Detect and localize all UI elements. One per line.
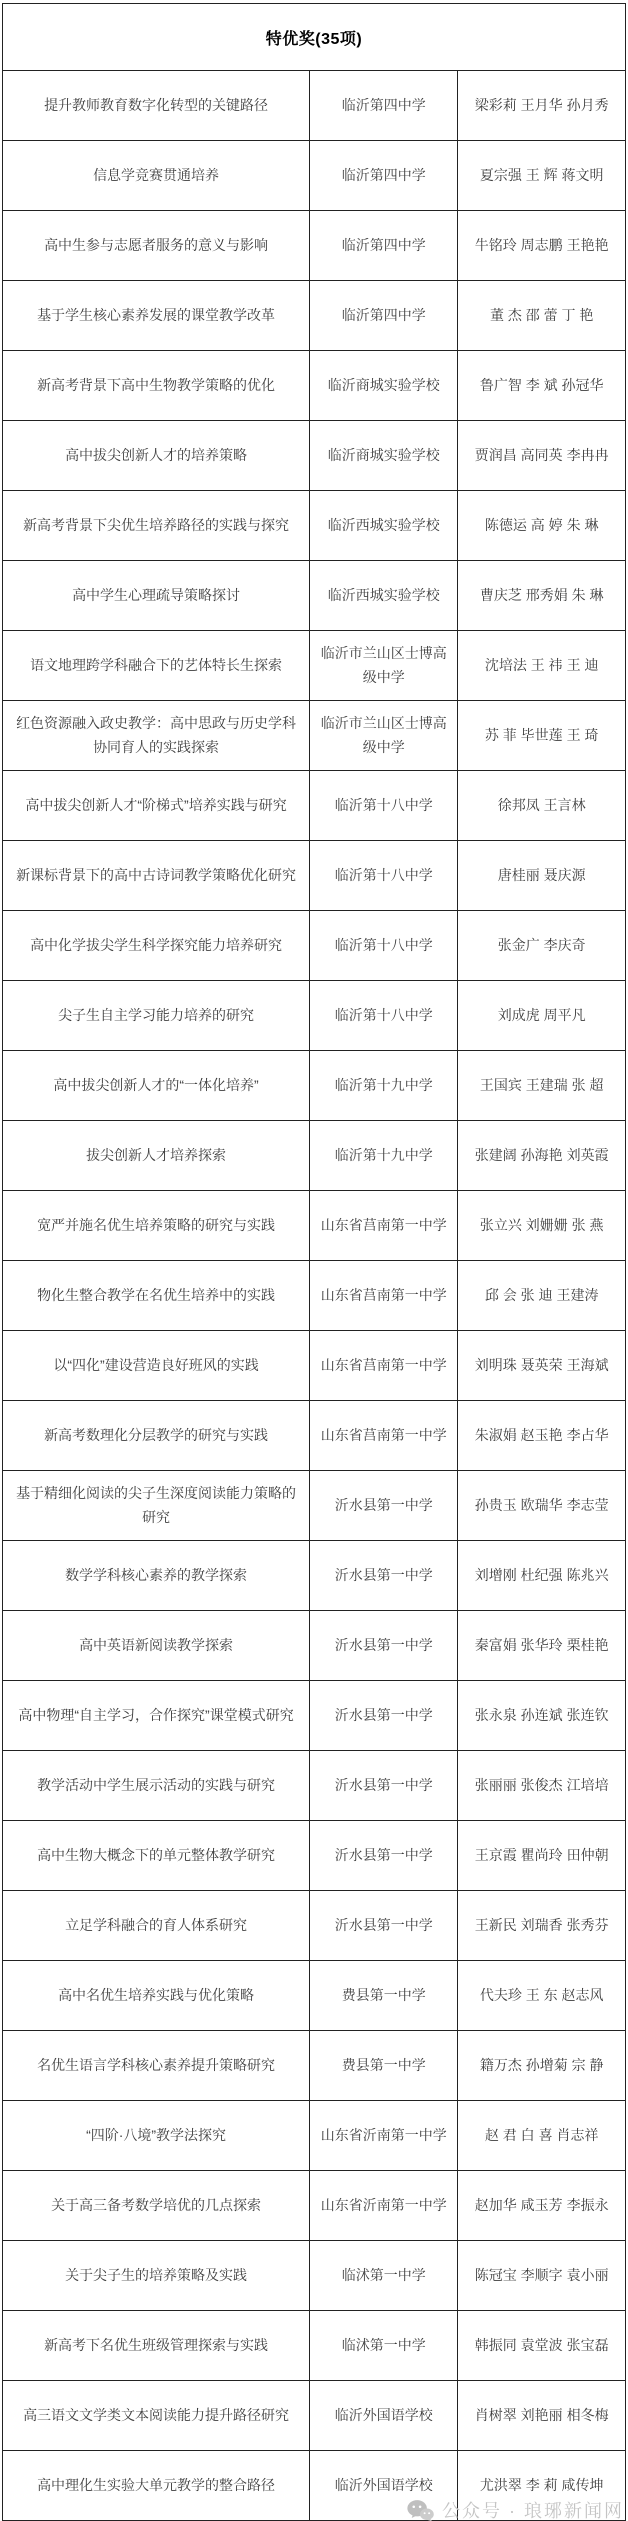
school-cell: 临沂第十八中学 <box>310 841 458 911</box>
names-cell: 韩振同 袁堂波 张宝磊 <box>458 2311 626 2381</box>
school-cell: 临沂第四中学 <box>310 281 458 351</box>
table-row: 高中名优生培养实践与优化策略 费县第一中学 代夫珍 王 东 赵志风 <box>3 1961 626 2031</box>
project-cell: 高中理化生实验大单元教学的整合路径 <box>3 2451 310 2521</box>
names-cell: 陈德运 高 婷 朱 琳 <box>458 491 626 561</box>
table-title: 特优奖(35项) <box>3 4 626 71</box>
names-cell: 鲁广智 李 斌 孙冠华 <box>458 351 626 421</box>
table-row: 宽严并施名优生培养策略的研究与实践 山东省莒南第一中学 张立兴 刘姗姗 张 燕 <box>3 1191 626 1261</box>
project-cell: 高中学生心理疏导策略探讨 <box>3 561 310 631</box>
school-cell: 临沂第四中学 <box>310 141 458 211</box>
table-row: 拔尖创新人才培养探索 临沂第十九中学 张建阔 孙海艳 刘英霞 <box>3 1121 626 1191</box>
school-cell: 临沂市兰山区士博高级中学 <box>310 701 458 771</box>
names-cell: 苏 菲 毕世莲 王 琦 <box>458 701 626 771</box>
school-cell: 山东省莒南第一中学 <box>310 1261 458 1331</box>
table-row: 高中拔尖创新人才“阶梯式”培养实践与研究 临沂第十八中学 徐邦凤 王言林 <box>3 771 626 841</box>
project-cell: 新高考背景下尖优生培养路径的实践与探究 <box>3 491 310 561</box>
school-cell: 山东省莒南第一中学 <box>310 1401 458 1471</box>
school-cell: 临沂外国语学校 <box>310 2451 458 2521</box>
project-cell: 新课标背景下的高中古诗词教学策略优化研究 <box>3 841 310 911</box>
project-cell: 高中物理“自主学习，合作探究”课堂模式研究 <box>3 1681 310 1751</box>
names-cell: 贾润昌 高同英 李冉冉 <box>458 421 626 491</box>
project-cell: 提升教师教育数字化转型的关键路径 <box>3 71 310 141</box>
table-body: 提升教师教育数字化转型的关键路径 临沂第四中学 梁彩莉 王月华 孙月秀 信息学竞… <box>3 71 626 2521</box>
school-cell: 临沂西城实验学校 <box>310 491 458 561</box>
names-cell: 张丽丽 张俊杰 江培培 <box>458 1751 626 1821</box>
table-row: 关于尖子生的培养策略及实践 临沭第一中学 陈冠宝 李顺字 袁小丽 <box>3 2241 626 2311</box>
table-row: 高中拔尖创新人才的“一体化培养” 临沂第十九中学 王国宾 王建瑞 张 超 <box>3 1051 626 1121</box>
names-cell: 王新民 刘瑞香 张秀芬 <box>458 1891 626 1961</box>
names-cell: 刘增刚 杜纪强 陈兆兴 <box>458 1541 626 1611</box>
project-cell: 高中化学拔尖学生科学探究能力培养研究 <box>3 911 310 981</box>
table-row: 高中物理“自主学习，合作探究”课堂模式研究 沂水县第一中学 张永泉 孙连斌 张连… <box>3 1681 626 1751</box>
school-cell: 临沂西城实验学校 <box>310 561 458 631</box>
school-cell: 临沂第十八中学 <box>310 771 458 841</box>
project-cell: 宽严并施名优生培养策略的研究与实践 <box>3 1191 310 1261</box>
names-cell: 刘成虎 周平凡 <box>458 981 626 1051</box>
project-cell: 新高考下名优生班级管理探索与实践 <box>3 2311 310 2381</box>
table-row: 信息学竞赛贯通培养 临沂第四中学 夏宗强 王 辉 蒋文明 <box>3 141 626 211</box>
names-cell: 王国宾 王建瑞 张 超 <box>458 1051 626 1121</box>
project-cell: 以“四化”建设营造良好班风的实践 <box>3 1331 310 1401</box>
names-cell: 张立兴 刘姗姗 张 燕 <box>458 1191 626 1261</box>
table-title-row: 特优奖(35项) <box>3 4 626 71</box>
names-cell: 陈冠宝 李顺字 袁小丽 <box>458 2241 626 2311</box>
table-row: 关于高三备考数学培优的几点探索 山东省沂南第一中学 赵加华 咸玉芳 李振永 <box>3 2171 626 2241</box>
table-row: 新高考背景下尖优生培养路径的实践与探究 临沂西城实验学校 陈德运 高 婷 朱 琳 <box>3 491 626 561</box>
project-cell: 高中拔尖创新人才“阶梯式”培养实践与研究 <box>3 771 310 841</box>
project-cell: 信息学竞赛贯通培养 <box>3 141 310 211</box>
names-cell: 董 杰 邵 蕾 丁 艳 <box>458 281 626 351</box>
school-cell: 临沭第一中学 <box>310 2241 458 2311</box>
project-cell: 高三语文文学类文本阅读能力提升路径研究 <box>3 2381 310 2451</box>
names-cell: 朱淑娟 赵玉艳 李占华 <box>458 1401 626 1471</box>
names-cell: 肖树翠 刘艳丽 相冬梅 <box>458 2381 626 2451</box>
table-row: 新高考数理化分层教学的研究与实践 山东省莒南第一中学 朱淑娟 赵玉艳 李占华 <box>3 1401 626 1471</box>
names-cell: 刘明珠 聂英荣 王海斌 <box>458 1331 626 1401</box>
names-cell: 赵加华 咸玉芳 李振永 <box>458 2171 626 2241</box>
project-cell: 语文地理跨学科融合下的艺体特长生探索 <box>3 631 310 701</box>
project-cell: 名优生语言学科核心素养提升策略研究 <box>3 2031 310 2101</box>
table-row: 新高考背景下高中生物教学策略的优化 临沂商城实验学校 鲁广智 李 斌 孙冠华 <box>3 351 626 421</box>
project-cell: 高中拔尖创新人才的培养策略 <box>3 421 310 491</box>
school-cell: 沂水县第一中学 <box>310 1751 458 1821</box>
table-row: 高中化学拔尖学生科学探究能力培养研究 临沂第十八中学 张金广 李庆奇 <box>3 911 626 981</box>
names-cell: 孙贵玉 欧瑞华 李志莹 <box>458 1471 626 1541</box>
project-cell: 物化生整合教学在名优生培养中的实践 <box>3 1261 310 1331</box>
school-cell: 山东省沂南第一中学 <box>310 2171 458 2241</box>
table-row: 基于学生核心素养发展的课堂教学改革 临沂第四中学 董 杰 邵 蕾 丁 艳 <box>3 281 626 351</box>
school-cell: 临沂第十九中学 <box>310 1121 458 1191</box>
project-cell: 高中名优生培养实践与优化策略 <box>3 1961 310 2031</box>
table-row: 名优生语言学科核心素养提升策略研究 费县第一中学 籍万杰 孙增菊 宗 静 <box>3 2031 626 2101</box>
school-cell: 山东省沂南第一中学 <box>310 2101 458 2171</box>
project-cell: 高中英语新阅读教学探索 <box>3 1611 310 1681</box>
school-cell: 临沂第十八中学 <box>310 981 458 1051</box>
names-cell: 曹庆芝 邢秀娟 朱 琳 <box>458 561 626 631</box>
award-table: 特优奖(35项) 提升教师教育数字化转型的关键路径 临沂第四中学 梁彩莉 王月华… <box>2 3 626 2521</box>
project-cell: 新高考数理化分层教学的研究与实践 <box>3 1401 310 1471</box>
table-row: 红色资源融入政史教学：高中思政与历史学科协同育人的实践探索 临沂市兰山区士博高级… <box>3 701 626 771</box>
table-row: 物化生整合教学在名优生培养中的实践 山东省莒南第一中学 邱 会 张 迪 王建涛 <box>3 1261 626 1331</box>
project-cell: 关于尖子生的培养策略及实践 <box>3 2241 310 2311</box>
project-cell: 高中生参与志愿者服务的意义与影响 <box>3 211 310 281</box>
school-cell: 临沂第四中学 <box>310 211 458 281</box>
table-row: 尖子生自主学习能力培养的研究 临沂第十八中学 刘成虎 周平凡 <box>3 981 626 1051</box>
school-cell: 费县第一中学 <box>310 1961 458 2031</box>
names-cell: 梁彩莉 王月华 孙月秀 <box>458 71 626 141</box>
project-cell: 基于精细化阅读的尖子生深度阅读能力策略的研究 <box>3 1471 310 1541</box>
school-cell: 沂水县第一中学 <box>310 1891 458 1961</box>
project-cell: 尖子生自主学习能力培养的研究 <box>3 981 310 1051</box>
school-cell: 沂水县第一中学 <box>310 1471 458 1541</box>
project-cell: 拔尖创新人才培养探索 <box>3 1121 310 1191</box>
table-row: 教学活动中学生展示活动的实践与研究 沂水县第一中学 张丽丽 张俊杰 江培培 <box>3 1751 626 1821</box>
table-row: 新课标背景下的高中古诗词教学策略优化研究 临沂第十八中学 唐桂丽 聂庆源 <box>3 841 626 911</box>
project-cell: 教学活动中学生展示活动的实践与研究 <box>3 1751 310 1821</box>
project-cell: 立足学科融合的育人体系研究 <box>3 1891 310 1961</box>
table-row: 高中拔尖创新人才的培养策略 临沂商城实验学校 贾润昌 高同英 李冉冉 <box>3 421 626 491</box>
names-cell: 邱 会 张 迪 王建涛 <box>458 1261 626 1331</box>
table-row: “四阶·八境”教学法探究 山东省沂南第一中学 赵 君 白 喜 肖志祥 <box>3 2101 626 2171</box>
names-cell: 张建阔 孙海艳 刘英霞 <box>458 1121 626 1191</box>
school-cell: 沂水县第一中学 <box>310 1821 458 1891</box>
school-cell: 临沂商城实验学校 <box>310 351 458 421</box>
school-cell: 山东省莒南第一中学 <box>310 1191 458 1261</box>
project-cell: 红色资源融入政史教学：高中思政与历史学科协同育人的实践探索 <box>3 701 310 771</box>
project-cell: 高中生物大概念下的单元整体教学研究 <box>3 1821 310 1891</box>
names-cell: 夏宗强 王 辉 蒋文明 <box>458 141 626 211</box>
school-cell: 临沂商城实验学校 <box>310 421 458 491</box>
school-cell: 临沂第四中学 <box>310 71 458 141</box>
names-cell: 牛铭玲 周志鹏 王艳艳 <box>458 211 626 281</box>
table-row: 高三语文文学类文本阅读能力提升路径研究 临沂外国语学校 肖树翠 刘艳丽 相冬梅 <box>3 2381 626 2451</box>
names-cell: 张永泉 孙连斌 张连钦 <box>458 1681 626 1751</box>
table-row: 基于精细化阅读的尖子生深度阅读能力策略的研究 沂水县第一中学 孙贵玉 欧瑞华 李… <box>3 1471 626 1541</box>
table-row: 高中学生心理疏导策略探讨 临沂西城实验学校 曹庆芝 邢秀娟 朱 琳 <box>3 561 626 631</box>
project-cell: 高中拔尖创新人才的“一体化培养” <box>3 1051 310 1121</box>
names-cell: 秦富娟 张华玲 栗桂艳 <box>458 1611 626 1681</box>
school-cell: 临沭第一中学 <box>310 2311 458 2381</box>
project-cell: 关于高三备考数学培优的几点探索 <box>3 2171 310 2241</box>
school-cell: 临沂市兰山区士博高级中学 <box>310 631 458 701</box>
school-cell: 临沂第十八中学 <box>310 911 458 981</box>
table-row: 高中英语新阅读教学探索 沂水县第一中学 秦富娟 张华玲 栗桂艳 <box>3 1611 626 1681</box>
names-cell: 籍万杰 孙增菊 宗 静 <box>458 2031 626 2101</box>
school-cell: 临沂外国语学校 <box>310 2381 458 2451</box>
table-row: 提升教师教育数字化转型的关键路径 临沂第四中学 梁彩莉 王月华 孙月秀 <box>3 71 626 141</box>
school-cell: 沂水县第一中学 <box>310 1541 458 1611</box>
project-cell: “四阶·八境”教学法探究 <box>3 2101 310 2171</box>
table-row: 高中生参与志愿者服务的意义与影响 临沂第四中学 牛铭玲 周志鹏 王艳艳 <box>3 211 626 281</box>
table-row: 高中生物大概念下的单元整体教学研究 沂水县第一中学 王京霞 瞿尚玲 田仲朝 <box>3 1821 626 1891</box>
project-cell: 新高考背景下高中生物教学策略的优化 <box>3 351 310 421</box>
table-row: 以“四化”建设营造良好班风的实践 山东省莒南第一中学 刘明珠 聂英荣 王海斌 <box>3 1331 626 1401</box>
names-cell: 沈培法 王 祎 王 迪 <box>458 631 626 701</box>
names-cell: 张金广 李庆奇 <box>458 911 626 981</box>
school-cell: 费县第一中学 <box>310 2031 458 2101</box>
names-cell: 徐邦凤 王言林 <box>458 771 626 841</box>
names-cell: 尤洪翠 李 莉 咸传坤 <box>458 2451 626 2521</box>
table-row: 新高考下名优生班级管理探索与实践 临沭第一中学 韩振同 袁堂波 张宝磊 <box>3 2311 626 2381</box>
names-cell: 唐桂丽 聂庆源 <box>458 841 626 911</box>
page: 特优奖(35项) 提升教师教育数字化转型的关键路径 临沂第四中学 梁彩莉 王月华… <box>0 0 628 2521</box>
table-row: 立足学科融合的育人体系研究 沂水县第一中学 王新民 刘瑞香 张秀芬 <box>3 1891 626 1961</box>
names-cell: 王京霞 瞿尚玲 田仲朝 <box>458 1821 626 1891</box>
school-cell: 山东省莒南第一中学 <box>310 1331 458 1401</box>
project-cell: 基于学生核心素养发展的课堂教学改革 <box>3 281 310 351</box>
school-cell: 沂水县第一中学 <box>310 1611 458 1681</box>
school-cell: 临沂第十九中学 <box>310 1051 458 1121</box>
project-cell: 数学学科核心素养的教学探索 <box>3 1541 310 1611</box>
table-row: 高中理化生实验大单元教学的整合路径 临沂外国语学校 尤洪翠 李 莉 咸传坤 <box>3 2451 626 2521</box>
table-row: 数学学科核心素养的教学探索 沂水县第一中学 刘增刚 杜纪强 陈兆兴 <box>3 1541 626 1611</box>
names-cell: 代夫珍 王 东 赵志风 <box>458 1961 626 2031</box>
names-cell: 赵 君 白 喜 肖志祥 <box>458 2101 626 2171</box>
school-cell: 沂水县第一中学 <box>310 1681 458 1751</box>
table-row: 语文地理跨学科融合下的艺体特长生探索 临沂市兰山区士博高级中学 沈培法 王 祎 … <box>3 631 626 701</box>
